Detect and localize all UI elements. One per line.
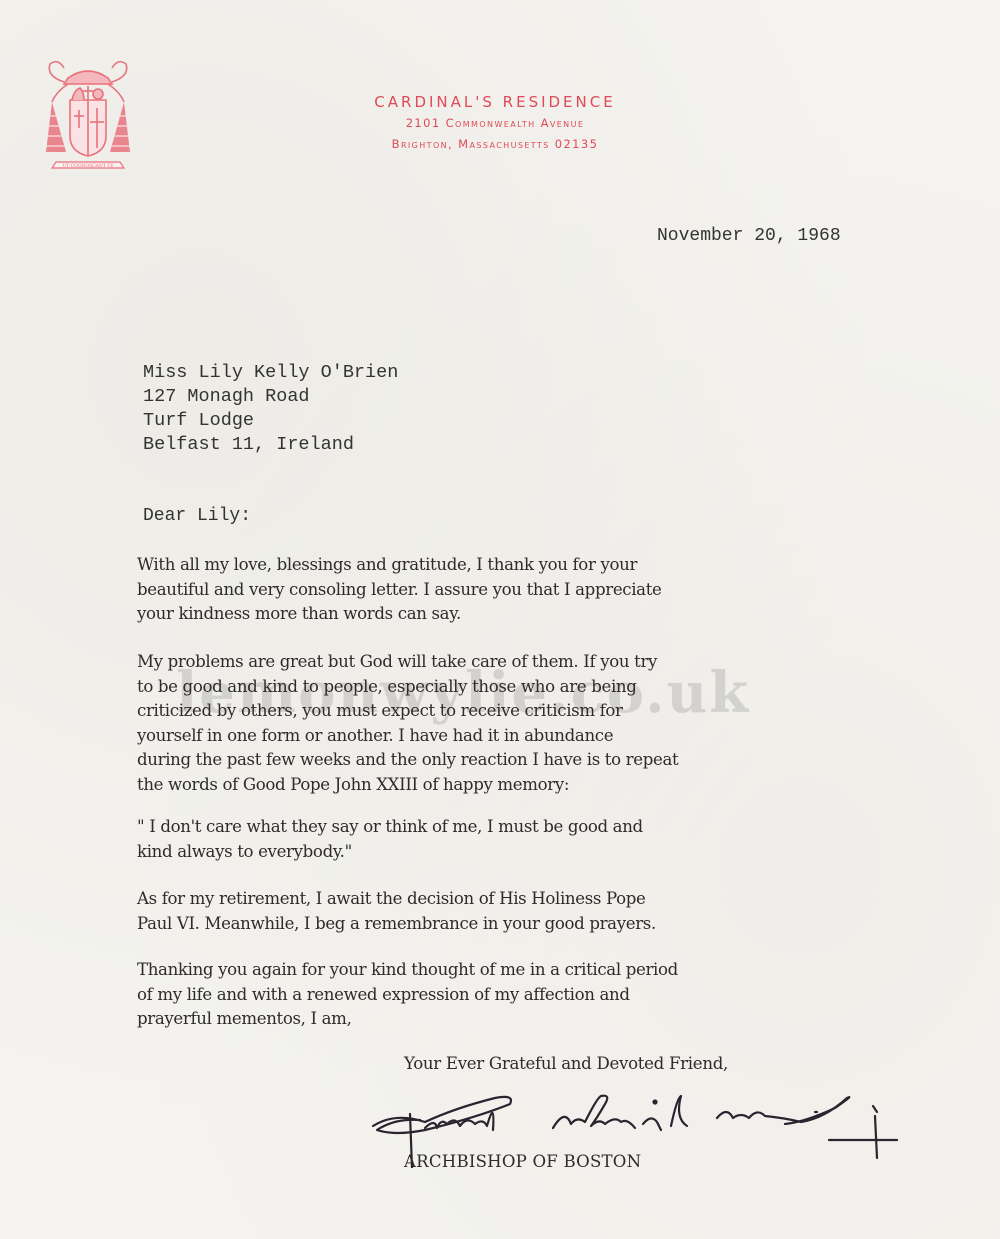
paragraph-line: during the past few weeks and the only r… bbox=[137, 748, 857, 773]
recipient-street: 127 Monagh Road bbox=[143, 385, 398, 409]
paragraph-line: Thanking you again for your kind thought… bbox=[137, 958, 857, 983]
paragraph-quote: " I don't care what they say or think of… bbox=[137, 815, 857, 864]
paragraph-line: criticized by others, you must expect to… bbox=[137, 699, 857, 724]
letterhead-title: CARDINAL'S RESIDENCE bbox=[300, 92, 690, 113]
paragraph-2: My problems are great but God will take … bbox=[137, 650, 857, 797]
cardinal-coat-of-arms-icon: UT COGNOSCANT TE bbox=[38, 56, 138, 176]
signatory-title: ARCHBISHOP OF BOSTON bbox=[404, 1152, 641, 1171]
salutation: Dear Lily: bbox=[143, 506, 251, 526]
paragraph-line: With all my love, blessings and gratitud… bbox=[137, 553, 857, 578]
paragraph-1: With all my love, blessings and gratitud… bbox=[137, 553, 857, 627]
letter-date: November 20, 1968 bbox=[657, 226, 841, 246]
paragraph-line: prayerful mementos, I am, bbox=[137, 1007, 857, 1032]
paragraph-line: " I don't care what they say or think of… bbox=[137, 815, 857, 840]
crest-motto: UT COGNOSCANT TE bbox=[62, 163, 113, 169]
recipient-name: Miss Lily Kelly O'Brien bbox=[143, 361, 398, 385]
paragraph-line: Paul VI. Meanwhile, I beg a remembrance … bbox=[137, 912, 857, 937]
paragraph-line: the words of Good Pope John XXIII of hap… bbox=[137, 773, 857, 798]
letterhead-street: 2101 Commonwealth Avenue bbox=[300, 113, 690, 134]
paragraph-4: As for my retirement, I await the decisi… bbox=[137, 887, 857, 936]
paragraph-5: Thanking you again for your kind thought… bbox=[137, 958, 857, 1032]
recipient-district: Turf Lodge bbox=[143, 409, 398, 433]
recipient-address: Miss Lily Kelly O'Brien 127 Monagh Road … bbox=[143, 361, 398, 457]
paragraph-line: kind always to everybody." bbox=[137, 840, 857, 865]
paragraph-line: My problems are great but God will take … bbox=[137, 650, 857, 675]
paragraph-line: to be good and kind to people, especiall… bbox=[137, 675, 857, 700]
paragraph-line: of my life and with a renewed expression… bbox=[137, 983, 857, 1008]
paragraph-line: As for my retirement, I await the decisi… bbox=[137, 887, 857, 912]
paragraph-line: yourself in one form or another. I have … bbox=[137, 724, 857, 749]
paragraph-line: beautiful and very consoling letter. I a… bbox=[137, 578, 857, 603]
letterhead: CARDINAL'S RESIDENCE 2101 Commonwealth A… bbox=[300, 92, 690, 155]
letterhead-city: Brighton, Massachusetts 02135 bbox=[300, 134, 690, 155]
recipient-city: Belfast 11, Ireland bbox=[143, 433, 398, 457]
paragraph-line: your kindness more than words can say. bbox=[137, 602, 857, 627]
closing: Your Ever Grateful and Devoted Friend, bbox=[404, 1054, 728, 1073]
